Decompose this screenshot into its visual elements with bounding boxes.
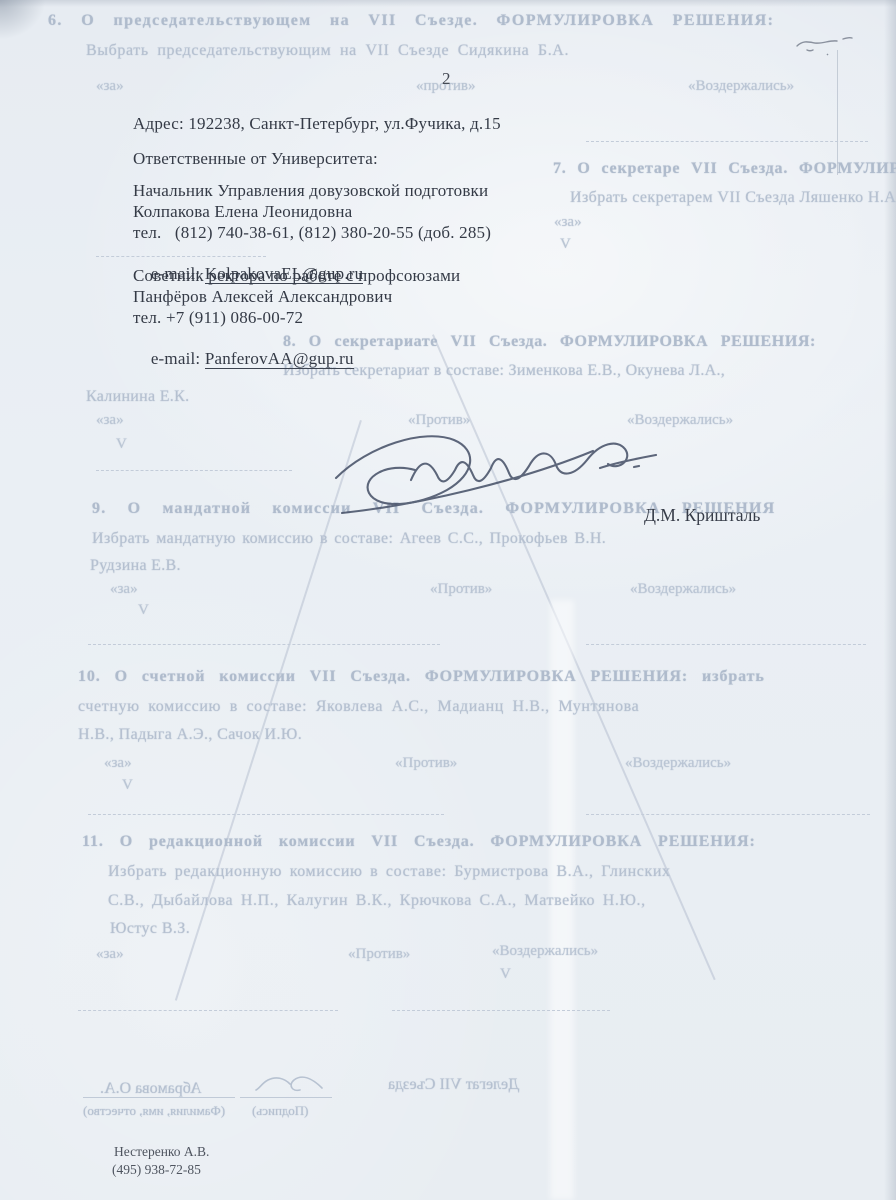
contact1-name: Колпакова Елена Леонидовна bbox=[133, 202, 352, 222]
contact2-email-link: PanferovAA@gup.ru bbox=[205, 349, 354, 369]
contact1-phone: тел. (812) 740-38-61, (812) 380-20-55 (д… bbox=[133, 223, 491, 243]
ghost-check-mark: V bbox=[116, 436, 127, 453]
scan-right-edge-shadow bbox=[884, 0, 896, 1200]
ghost-agenda-item-10-line-2: счетную комиссию в составе: Яковлева А.С… bbox=[78, 698, 639, 716]
ghost-check-mark: V bbox=[138, 602, 149, 619]
signer-name: Д.М. Кришталь bbox=[644, 505, 760, 526]
ghost-vote-za: «за» bbox=[554, 214, 582, 231]
address-line: Адрес: 192238, Санкт-Петербург, ул.Фучик… bbox=[133, 114, 501, 134]
ghost-agenda-item-11-line-3: С.В., Дыбайлова Н.П., Калугин В.К., Крюч… bbox=[108, 892, 646, 910]
ghost-underline bbox=[83, 1097, 235, 1098]
ghost-agenda-item-7-line-1: 7. О секретаре VII Съезда. ФОРМУЛИРОВ bbox=[553, 160, 896, 178]
fold-vertical-line bbox=[837, 50, 838, 175]
footer-contact-phone: (495) 938-72-85 bbox=[112, 1162, 201, 1178]
pen-mark bbox=[793, 30, 863, 58]
ghost-delegate-label: Делегат VII Съезда bbox=[388, 1076, 519, 1094]
ghost-signature-caption: (Подпись) bbox=[252, 1103, 308, 1119]
ghost-vote-protiv: «Против» bbox=[395, 755, 457, 772]
ghost-agenda-item-8-line-3: Калинина Е.К. bbox=[86, 388, 189, 406]
ghost-vote-za: «за» bbox=[110, 581, 138, 598]
ghost-vote-za: «за» bbox=[96, 946, 124, 963]
footer-contact-name: Нестеренко А.В. bbox=[114, 1144, 209, 1160]
ghost-separator-line bbox=[586, 644, 866, 645]
ghost-vote-protiv: «Против» bbox=[430, 581, 492, 598]
contact2-email-line: e-mail: PanferovAA@gup.ru bbox=[133, 329, 354, 389]
ghost-vote-za: «за» bbox=[96, 412, 124, 429]
ghost-separator-line bbox=[392, 1010, 610, 1011]
ghost-underline bbox=[240, 1097, 332, 1098]
ghost-fio-caption: (Фамилия, имя, отчество) bbox=[83, 1103, 225, 1119]
scan-corner-smudge bbox=[0, 0, 46, 40]
ghost-vote-vozderzhalis: «Воздержались» bbox=[492, 943, 598, 960]
ghost-delegate-signature bbox=[252, 1068, 326, 1096]
ghost-separator-line bbox=[88, 644, 440, 645]
ghost-agenda-item-7-line-2: Избрать секретарем VII Съезда Ляшенко Н.… bbox=[570, 189, 896, 207]
ghost-agenda-item-11-line-1: 11. О редакционной комиссии VII Съезда. … bbox=[82, 833, 756, 851]
ghost-agenda-item-10-line-3: Н.В., Падыга А.Э., Сачок И.Ю. bbox=[78, 726, 302, 744]
scan-top-edge-shadow bbox=[0, 0, 896, 7]
ghost-agenda-item-9-line-3: Рудзина Е.В. bbox=[90, 557, 181, 575]
email-label: e-mail: bbox=[151, 349, 205, 368]
ghost-separator-line bbox=[78, 1010, 338, 1011]
ghost-vote-vozderzhalis: «Воздержались» bbox=[688, 78, 794, 95]
ghost-vote-za: «за» bbox=[96, 78, 124, 95]
ghost-separator-line bbox=[586, 814, 870, 815]
contact2-role: Советник ректора по работе с профсоюзами bbox=[133, 266, 460, 286]
ghost-vote-protiv: «Против» bbox=[348, 946, 410, 963]
ghost-separator-line bbox=[88, 814, 444, 815]
responsible-heading: Ответственные от Университета: bbox=[133, 149, 378, 169]
scanned-document-page: 6. О председательствующем на VII Съезде.… bbox=[0, 0, 896, 1200]
ghost-vote-za: «за» bbox=[104, 755, 132, 772]
contact2-name: Панфёров Алексей Александрович bbox=[133, 287, 392, 307]
ghost-separator-line bbox=[586, 141, 868, 142]
ghost-agenda-item-6-line-1: 6. О председательствующем на VII Съезде.… bbox=[48, 12, 774, 30]
ghost-check-mark: V bbox=[122, 777, 133, 794]
ghost-agenda-item-9-line-2: Избрать мандатную комиссию в составе: Аг… bbox=[92, 530, 606, 548]
contact2-phone: тел. +7 (911) 086-00-72 bbox=[133, 308, 303, 328]
ghost-agenda-item-11-line-4: Юстус В.З. bbox=[110, 920, 190, 938]
ghost-check-mark: V bbox=[500, 966, 511, 983]
ghost-check-mark: V bbox=[560, 236, 571, 253]
contact1-role: Начальник Управления довузовской подгото… bbox=[133, 181, 488, 201]
ghost-agenda-item-8-line-1: 8. О секретариате VII Съезда. ФОРМУЛИРОВ… bbox=[283, 333, 816, 351]
ghost-agenda-item-11-line-2: Избрать редакционную комиссию в составе:… bbox=[108, 863, 671, 881]
ghost-separator-line bbox=[96, 470, 292, 471]
ghost-vote-vozderzhalis: «Воздержались» bbox=[625, 755, 731, 772]
ghost-agenda-item-6-line-2: Выбрать председательствующим на VII Съез… bbox=[86, 42, 569, 60]
ghost-vote-vozderzhalis: «Воздержались» bbox=[630, 581, 736, 598]
page-number: 2 bbox=[442, 69, 451, 89]
ghost-delegate-name: Абрамова О.А. bbox=[100, 1080, 202, 1098]
ghost-agenda-item-10-line-1: 10. О счетной комиссии VII Съезда. ФОРМУ… bbox=[78, 668, 765, 686]
handwritten-signature bbox=[328, 418, 663, 523]
